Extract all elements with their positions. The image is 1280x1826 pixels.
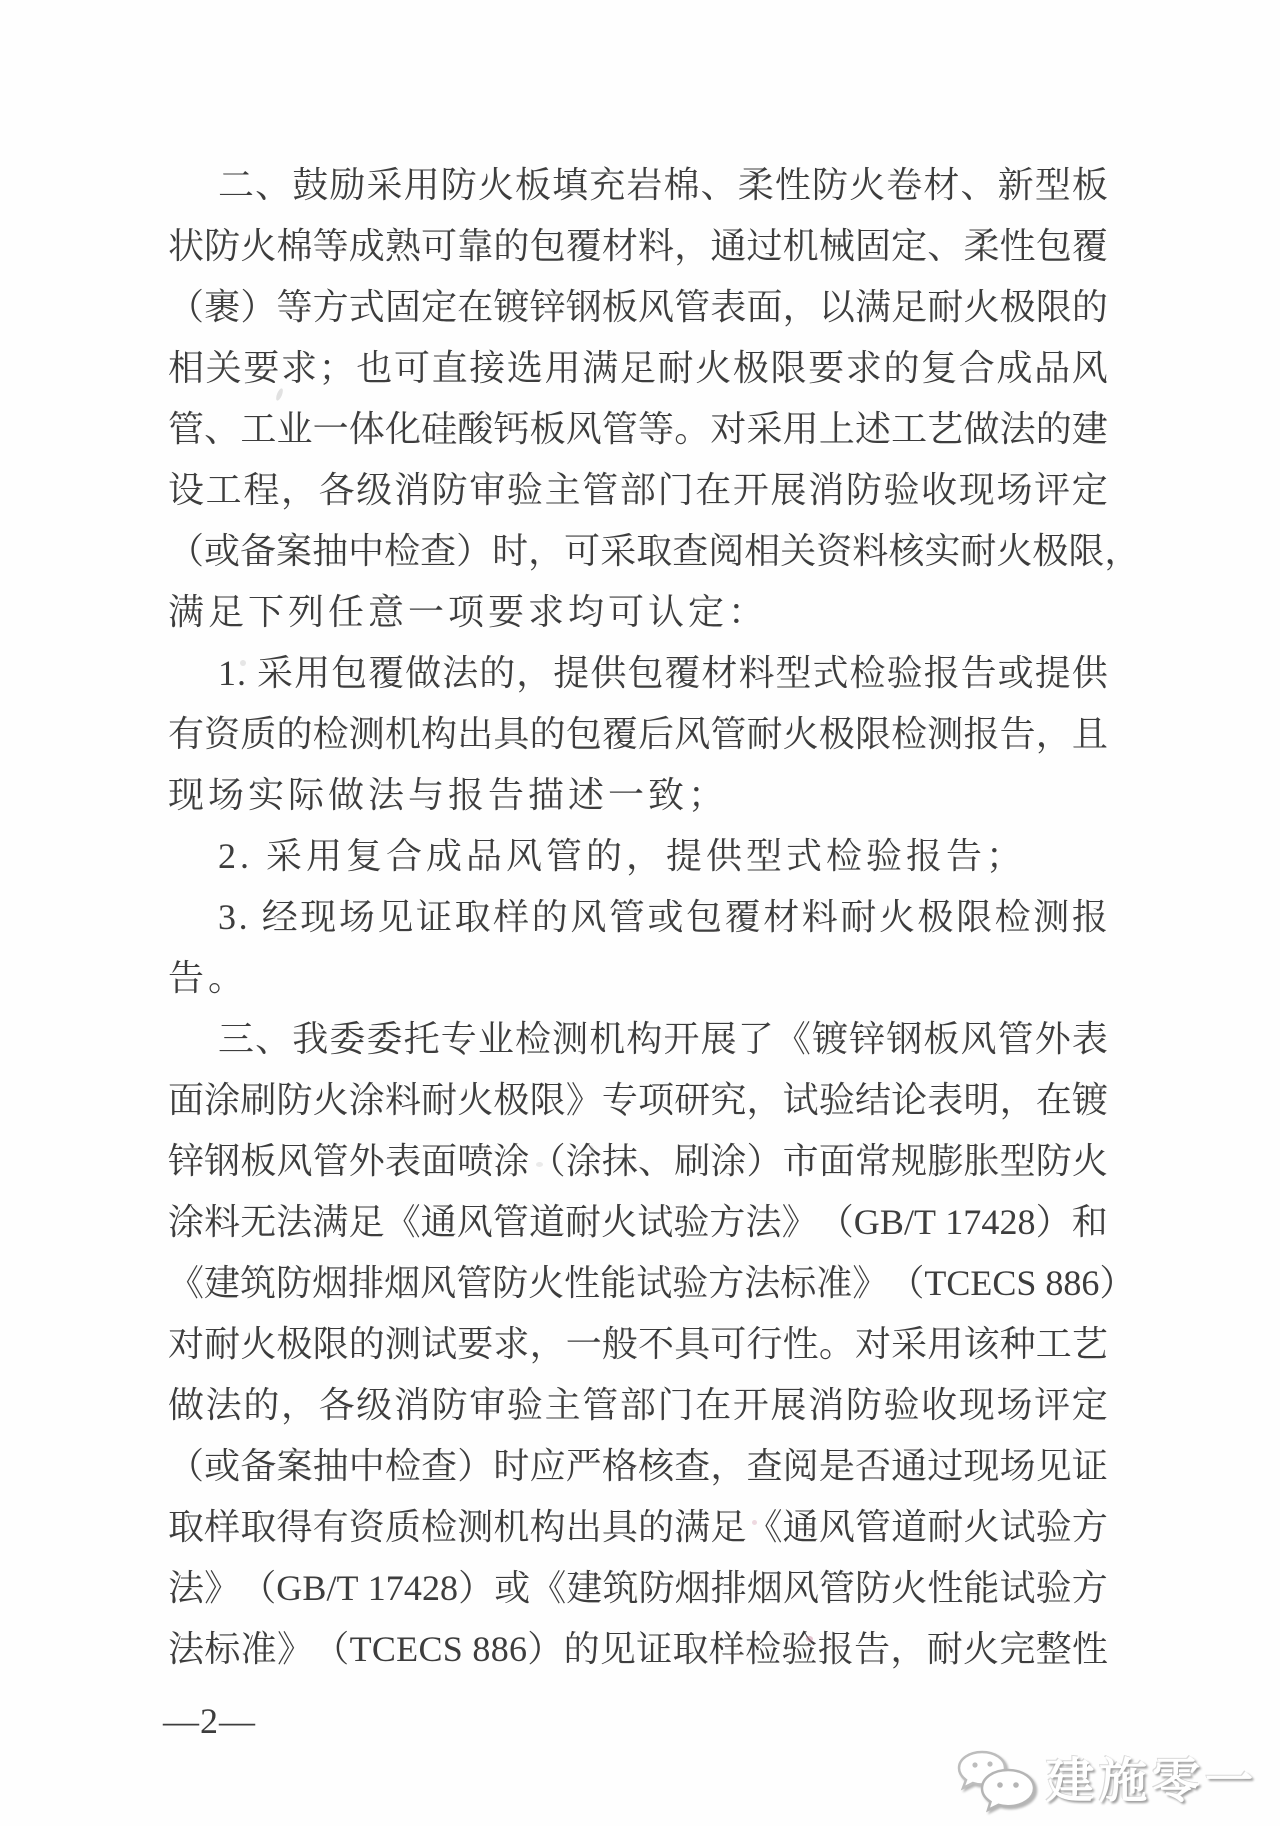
text-line: 二、鼓励采用防火板填充岩棉、柔性防火卷材、新型板 bbox=[168, 155, 1108, 216]
text-line: 《建筑防烟排烟风管防火性能试验方法标准》（TCECS 886） bbox=[168, 1253, 1108, 1314]
scan-speck bbox=[806, 1636, 813, 1642]
text-line: 相关要求；也可直接选用满足耐火极限要求的复合成品风 bbox=[168, 338, 1108, 399]
text-line: 有资质的检测机构出具的包覆后风管耐火极限检测报告，且 bbox=[168, 704, 1108, 765]
text-line: 对耐火极限的测试要求，一般不具可行性。对采用该种工艺 bbox=[168, 1314, 1108, 1375]
wechat-logo-icon bbox=[952, 1748, 1038, 1816]
text-line: 法》（GB/T 17428）或《建筑防烟排烟风管防火性能试验方 bbox=[168, 1558, 1108, 1619]
scan-speck bbox=[240, 660, 246, 666]
text-line: 告。 bbox=[168, 948, 1108, 1009]
text-line: 状防火棉等成熟可靠的包覆材料，通过机械固定、柔性包覆 bbox=[168, 216, 1108, 277]
text-line: 法标准》（TCECS 886）的见证取样检验报告，耐火完整性 bbox=[168, 1619, 1108, 1680]
text-line: 现场实际做法与报告描述一致； bbox=[168, 765, 1108, 826]
text-line: 1. 采用包覆做法的，提供包覆材料型式检验报告或提供 bbox=[168, 643, 1108, 704]
text-line: 2. 采用复合成品风管的，提供型式检验报告； bbox=[168, 826, 1108, 887]
document-body: 二、鼓励采用防火板填充岩棉、柔性防火卷材、新型板 状防火棉等成熟可靠的包覆材料，… bbox=[168, 155, 1108, 1680]
text-line: （或备案抽中检查）时应严格核查，查阅是否通过现场见证 bbox=[168, 1436, 1108, 1497]
text-line: 三、我委委托专业检测机构开展了《镀锌钢板风管外表 bbox=[168, 1009, 1108, 1070]
document-page: 二、鼓励采用防火板填充岩棉、柔性防火卷材、新型板 状防火棉等成熟可靠的包覆材料，… bbox=[0, 0, 1280, 1826]
text-line: 锌钢板风管外表面喷涂（涂抹、刷涂）市面常规膨胀型防火 bbox=[168, 1131, 1108, 1192]
text-line: 3. 经现场见证取样的风管或包覆材料耐火极限检测报 bbox=[168, 887, 1108, 948]
page-number: —2— bbox=[163, 1697, 256, 1745]
watermark: 建施零一 bbox=[952, 1748, 1258, 1816]
text-line: （裹）等方式固定在镀锌钢板风管表面，以满足耐火极限的 bbox=[168, 277, 1108, 338]
text-line: 做法的，各级消防审验主管部门在开展消防验收现场评定 bbox=[168, 1375, 1108, 1436]
text-line: 管、工业一体化硅酸钙板风管等。对采用上述工艺做法的建 bbox=[168, 399, 1108, 460]
watermark-label: 建施零一 bbox=[1046, 1750, 1258, 1814]
text-line: 涂料无法满足《通风管道耐火试验方法》（GB/T 17428）和 bbox=[168, 1192, 1108, 1253]
scan-speck bbox=[752, 1520, 757, 1525]
text-line: 取样取得有资质检测机构出具的满足《通风管道耐火试验方 bbox=[168, 1497, 1108, 1558]
text-line: 满足下列任意一项要求均可认定： bbox=[168, 582, 1108, 643]
text-line: （或备案抽中检查）时，可采取查阅相关资料核实耐火极限， bbox=[168, 521, 1108, 582]
text-line: 面涂刷防火涂料耐火极限》专项研究，试验结论表明，在镀 bbox=[168, 1070, 1108, 1131]
scan-speck bbox=[536, 1162, 543, 1167]
text-line: 设工程，各级消防审验主管部门在开展消防验收现场评定 bbox=[168, 460, 1108, 521]
